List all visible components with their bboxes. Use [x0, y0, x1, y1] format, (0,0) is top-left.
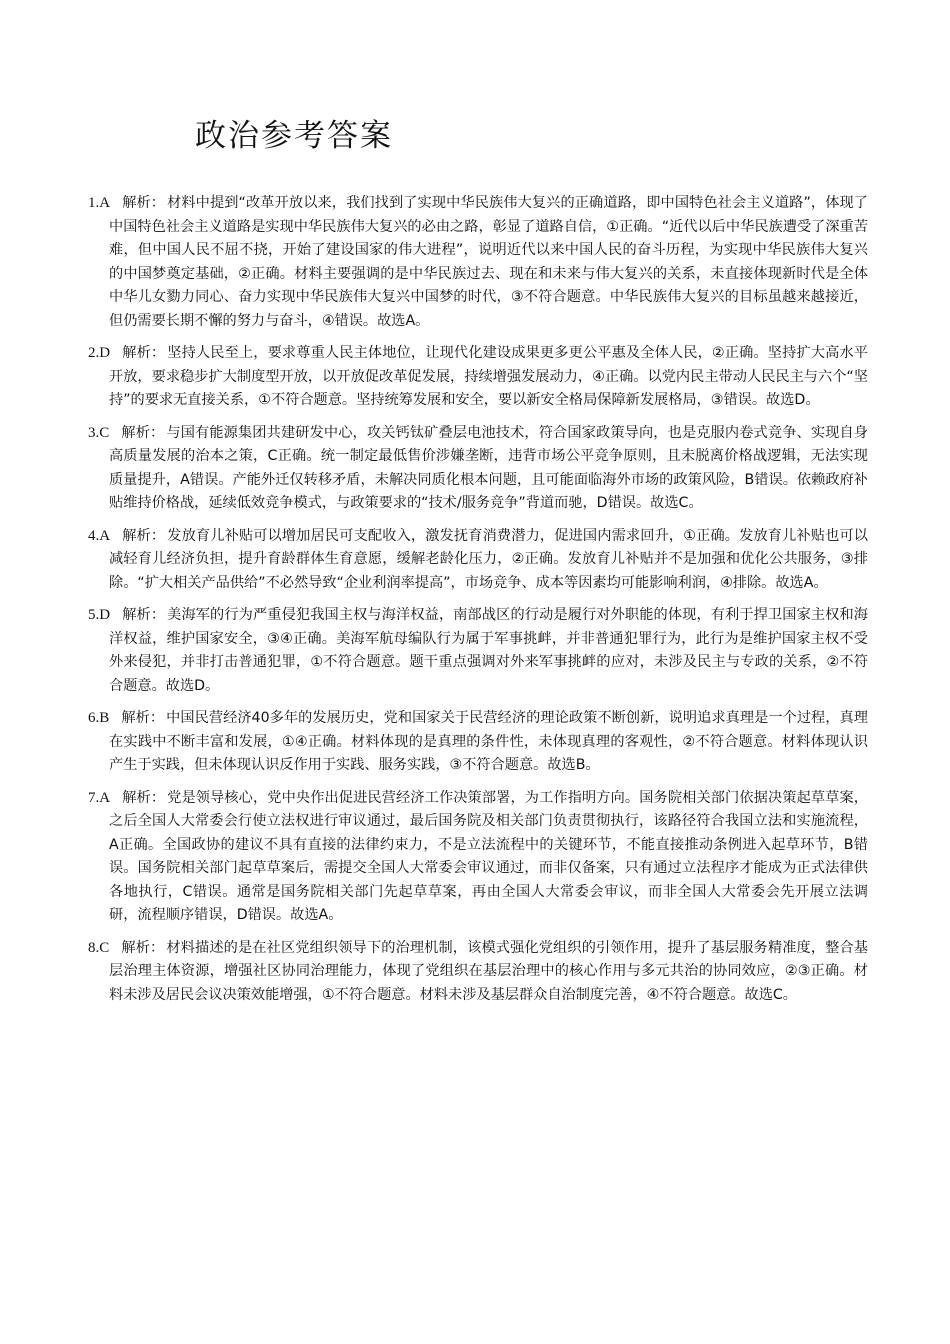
analysis-label: 解析： [122, 528, 165, 544]
analysis-label: 解析： [122, 607, 165, 623]
answer-item-7: 7.A解析：党是领导核心，党中央作出促进民营经济工作决策部署，为工作指明方向。国… [88, 787, 868, 928]
answer-list: 1.A解析：材料中提到“改革开放以来，我们找到了实现中华民族伟大复兴的正确道路，… [88, 192, 868, 1016]
analysis-text: 材料中提到“改革开放以来，我们找到了实现中华民族伟大复兴的正确道路，即中国特色社… [109, 195, 868, 329]
analysis-text: 与国有能源集团共建研发中心，攻关钙钛矿叠层电池技术，符合国家政策导向，也是克服内… [109, 425, 868, 512]
analysis-label: 解析： [121, 425, 164, 441]
answer-item-2: 2.D解析：坚持人民至上，要求尊重人民主体地位，让现代化建设成果更多更公平惠及全… [88, 342, 868, 413]
answer-item-5: 5.D解析：美海军的行为严重侵犯我国主权与海洋权益，南部战区的行动是履行对外职能… [88, 604, 868, 698]
answer-number: 4.A [88, 528, 110, 544]
document-page: 政治参考答案 1.A解析：材料中提到“改革开放以来，我们找到了实现中华民族伟大复… [0, 0, 950, 1344]
answer-number: 5.D [88, 607, 110, 623]
analysis-label: 解析： [122, 195, 165, 211]
answer-item-1: 1.A解析：材料中提到“改革开放以来，我们找到了实现中华民族伟大复兴的正确道路，… [88, 192, 868, 333]
answer-number: 8.C [88, 940, 109, 956]
analysis-label: 解析： [122, 345, 165, 361]
analysis-text: 坚持人民至上，要求尊重人民主体地位，让现代化建设成果更多更公平惠及全体人民，②正… [109, 345, 868, 408]
answer-item-8: 8.C解析：材料描述的是在社区党组织领导下的治理机制，该模式强化党组织的引领作用… [88, 937, 868, 1008]
analysis-label: 解析： [121, 940, 164, 956]
analysis-text: 材料描述的是在社区党组织领导下的治理机制，该模式强化党组织的引领作用，提升了基层… [109, 940, 868, 1003]
analysis-label: 解析： [121, 710, 164, 726]
answer-number: 3.C [88, 425, 109, 441]
answer-number: 7.A [88, 790, 110, 806]
analysis-label: 解析： [122, 790, 165, 806]
answer-number: 2.D [88, 345, 110, 361]
page-title: 政治参考答案 [195, 110, 393, 155]
answer-item-3: 3.C解析：与国有能源集团共建研发中心，攻关钙钛矿叠层电池技术，符合国家政策导向… [88, 422, 868, 516]
answer-number: 6.B [88, 710, 109, 726]
answer-item-4: 4.A解析：发放育儿补贴可以增加居民可支配收入，激发抚育消费潜力，促进国内需求回… [88, 525, 868, 596]
answer-item-6: 6.B解析：中国民营经济40多年的发展历史，党和国家关于民营经济的理论政策不断创… [88, 707, 868, 778]
analysis-text: 中国民营经济40多年的发展历史，党和国家关于民营经济的理论政策不断创新，说明追求… [109, 710, 868, 773]
analysis-text: 党是领导核心，党中央作出促进民营经济工作决策部署，为工作指明方向。国务院相关部门… [109, 790, 868, 924]
answer-number: 1.A [88, 195, 110, 211]
analysis-text: 美海军的行为严重侵犯我国主权与海洋权益，南部战区的行动是履行对外职能的体现，有利… [109, 607, 868, 694]
analysis-text: 发放育儿补贴可以增加居民可支配收入，激发抚育消费潜力，促进国内需求回升，①正确。… [109, 528, 868, 591]
